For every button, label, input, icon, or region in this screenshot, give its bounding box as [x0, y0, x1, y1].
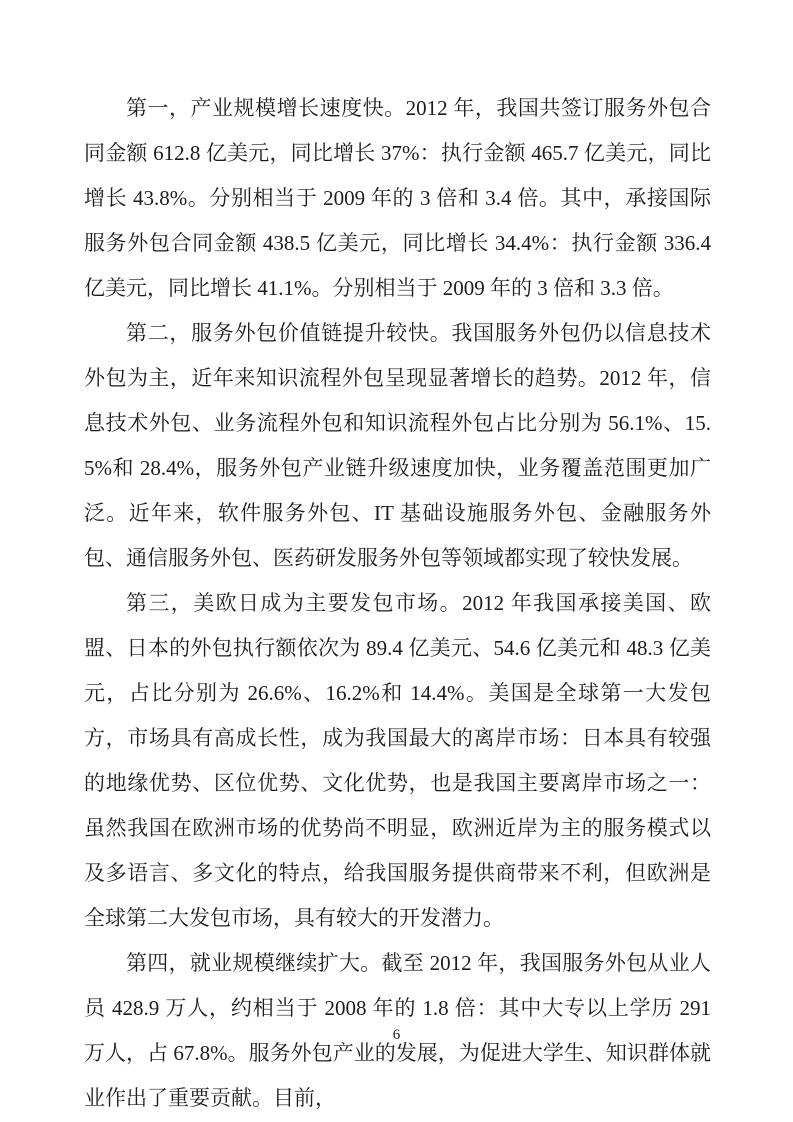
paragraph-industry-scale-growth: 第一，产业规模增长速度快。2012 年，我国共签订服务外包合同金额 612.8 …	[84, 86, 711, 311]
page-footer: 6	[0, 1026, 793, 1044]
page-number: 6	[393, 1027, 401, 1043]
document-body: 第一，产业规模增长速度快。2012 年，我国共签订服务外包合同金额 612.8 …	[84, 86, 711, 1121]
document-page: 第一，产业规模增长速度快。2012 年，我国共签订服务外包合同金额 612.8 …	[0, 0, 793, 1122]
paragraph-major-outsourcing-markets: 第三，美欧日成为主要发包市场。2012 年我国承接美国、欧盟、日本的外包执行额依…	[84, 581, 711, 941]
paragraph-value-chain-upgrade: 第二，服务外包价值链提升较快。我国服务外包仍以信息技术外包为主，近年来知识流程外…	[84, 311, 711, 581]
